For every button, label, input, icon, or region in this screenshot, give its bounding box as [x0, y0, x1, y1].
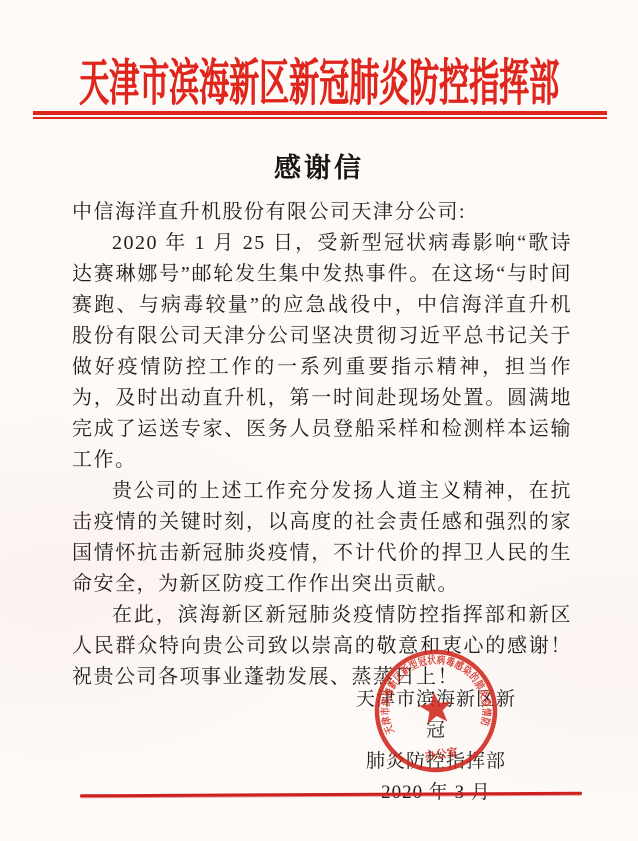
salutation: 中信海洋直升机股份有限公司天津分公司: [72, 197, 572, 228]
signature-line-1: 天津市滨海新区新冠 [350, 684, 522, 746]
letter-page: 天津市滨海新区新冠肺炎防控指挥部 感谢信 中信海洋直升机股份有限公司天津分公司:… [0, 0, 638, 841]
letter-body: 中信海洋直升机股份有限公司天津分公司: 2020 年 1 月 25 日，受新型冠… [72, 197, 572, 693]
letterhead-divider [33, 111, 607, 119]
letter-title: 感谢信 [0, 146, 638, 185]
paragraph-2: 贵公司的上述工作充分发扬人道主义精神，在抗击疫情的关键时刻，以高度的社会责任感和… [72, 476, 572, 600]
signature-line-2: 肺炎防控指挥部 [350, 746, 522, 777]
letterhead: 天津市滨海新区新冠肺炎防控指挥部 [0, 48, 638, 110]
letterhead-org-name: 天津市滨海新区新冠肺炎防控指挥部 [79, 43, 559, 115]
paragraph-3: 在此，滨海新区新冠肺炎疫情防控指挥部和新区人民群众特向贵公司致以崇高的敬意和衷心… [72, 600, 572, 693]
paragraph-1: 2020 年 1 月 25 日，受新型冠状病毒影响“歌诗达赛琳娜号”邮轮发生集中… [72, 228, 572, 476]
signature-block: 天津市滨海新区新冠 肺炎防控指挥部 2020 年 3 月 [350, 684, 522, 808]
